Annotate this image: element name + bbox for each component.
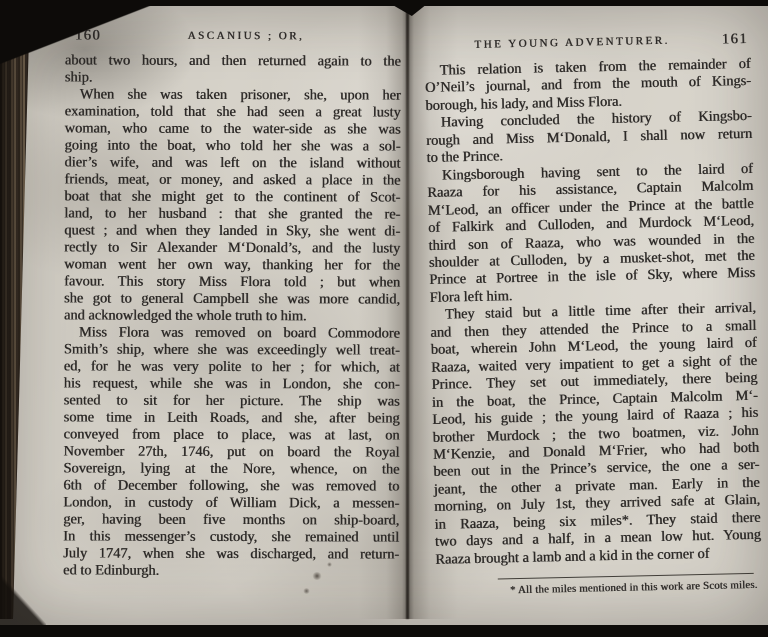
text-line: boat that she might get to the continent… xyxy=(64,188,400,206)
text-line: she got to general Campbell she was more… xyxy=(64,290,400,308)
text-line: Smith’s ship, where she was exceedingly … xyxy=(64,341,400,359)
paragraph: Having concluded the history of Kingsbo-… xyxy=(426,108,753,167)
scan-corner-shadow-top-left xyxy=(0,0,165,64)
text-line: rectly to Sir Alexander M‘Donald’s, and … xyxy=(64,239,400,257)
text-line: examination, told that she had seen a gr… xyxy=(65,103,401,121)
text-line: Sovereign, lying at the Nore, whence, on… xyxy=(63,460,399,478)
text-line: and acknowledged the whole truth to him. xyxy=(64,307,400,325)
scan-edge-top xyxy=(0,0,768,6)
text-line: London, in custody of William Dick, a me… xyxy=(63,494,399,512)
text-line: quest ; and when they landed in Sky, she… xyxy=(64,222,400,240)
paragraph: This relation is taken from the remainde… xyxy=(425,56,752,115)
text-line: his request, while she was in London, sh… xyxy=(64,375,400,393)
footnote-rule xyxy=(498,573,754,580)
text-line: conveyed from place to place, was at las… xyxy=(64,426,400,444)
paragraph: They staid but a little time after their… xyxy=(430,300,762,569)
text-line: ed to Edinburgh. xyxy=(63,562,399,580)
text-line: going into the boat, who told her she wa… xyxy=(65,137,401,155)
text-line: woman went her own way, thanking her for… xyxy=(64,256,400,274)
text-line: woman, who came to the water-side as she… xyxy=(65,120,401,138)
text-line: Miss Flora was removed on board Commodor… xyxy=(64,324,400,342)
scan-edge-bottom xyxy=(0,625,768,637)
text-line: some time in Leith Roads, and she, after… xyxy=(64,409,400,427)
ink-smudge xyxy=(303,588,310,594)
text-line: land, to her husband : that she granted … xyxy=(64,205,400,223)
text-line: July 1747, when she was discharged, and … xyxy=(63,545,399,563)
book-scan: 160 ASCANIUS ; OR, about two hours, and … xyxy=(0,0,768,637)
paragraph: Miss Flora was removed on board Commodor… xyxy=(63,324,400,580)
text-line: ship. xyxy=(65,69,401,87)
text-line: ger, having been five months on ship-boa… xyxy=(63,511,399,529)
scan-corner-shadow-bottom-left xyxy=(0,575,46,625)
text-line: sented to sit for her picture. The ship … xyxy=(64,392,400,410)
left-page-body: about two hours, and then returned again… xyxy=(63,52,401,580)
text-line: When she was taken prisoner, she, upon h… xyxy=(65,86,401,104)
text-line: 6th of December following, she was remov… xyxy=(63,477,399,495)
right-page-body: This relation is taken from the remainde… xyxy=(425,56,762,569)
paragraph: Kingsborough having sent to the laird of… xyxy=(427,161,756,308)
left-page: 160 ASCANIUS ; OR, about two hours, and … xyxy=(63,29,401,580)
paragraph: When she was taken prisoner, she, upon h… xyxy=(64,86,401,325)
right-page-number: 161 xyxy=(722,31,749,49)
right-page: THE YOUNG ADVENTURER. 161 This relation … xyxy=(424,33,762,598)
text-line: friends, meat, or money, and asked a pla… xyxy=(64,171,400,189)
text-line: In this messenger’s custody, she remaine… xyxy=(63,528,399,546)
text-line: dier’s wife, and was left on the island … xyxy=(64,154,400,172)
book-gutter-crease xyxy=(406,0,409,619)
text-line: November 27th, 1746, put on board the Ro… xyxy=(63,443,399,461)
text-line: favour. This story Miss Flora told ; but… xyxy=(64,273,400,291)
text-line: ed, for he was very polite to her ; for … xyxy=(64,358,400,376)
